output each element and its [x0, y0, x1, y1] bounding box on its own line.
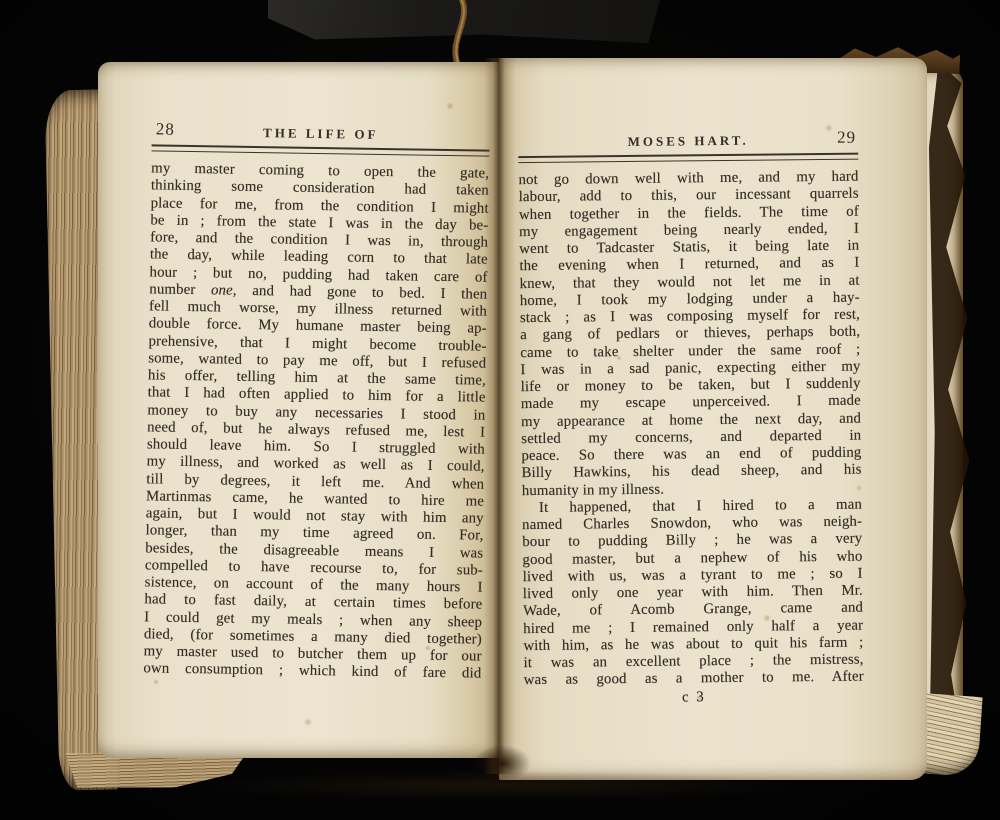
left-page-number: 28: [156, 119, 175, 139]
right-page-text-block: not go down well with me, and my hardlab…: [518, 169, 863, 690]
right-page-content: MOSES HART. 29 not go down well with me,…: [518, 128, 864, 708]
signature-mark: c 3: [524, 687, 864, 708]
right-page: MOSES HART. 29 not go down well with me,…: [499, 58, 927, 780]
right-page-number: 29: [837, 128, 856, 148]
left-page-content: 28 THE LIFE OF my master coming to open …: [143, 119, 490, 683]
worn-cover-right-edge: [928, 62, 976, 774]
text-line: was as good as a mother to me. After: [524, 669, 864, 690]
left-running-title: THE LIFE OF: [263, 125, 379, 143]
book-photograph: 28 THE LIFE OF my master coming to open …: [0, 0, 1000, 820]
right-running-title: MOSES HART.: [627, 133, 748, 150]
left-page-text-block: my master coming to open the gate,thinki…: [143, 160, 489, 683]
text-line: Billy Hawkins, his dead sheep, and his: [522, 462, 862, 483]
left-page: 28 THE LIFE OF my master coming to open …: [98, 62, 499, 758]
book-gutter-shadow: [484, 58, 516, 774]
book-drop-shadow: [70, 768, 930, 812]
right-page-header: MOSES HART. 29: [518, 128, 858, 156]
